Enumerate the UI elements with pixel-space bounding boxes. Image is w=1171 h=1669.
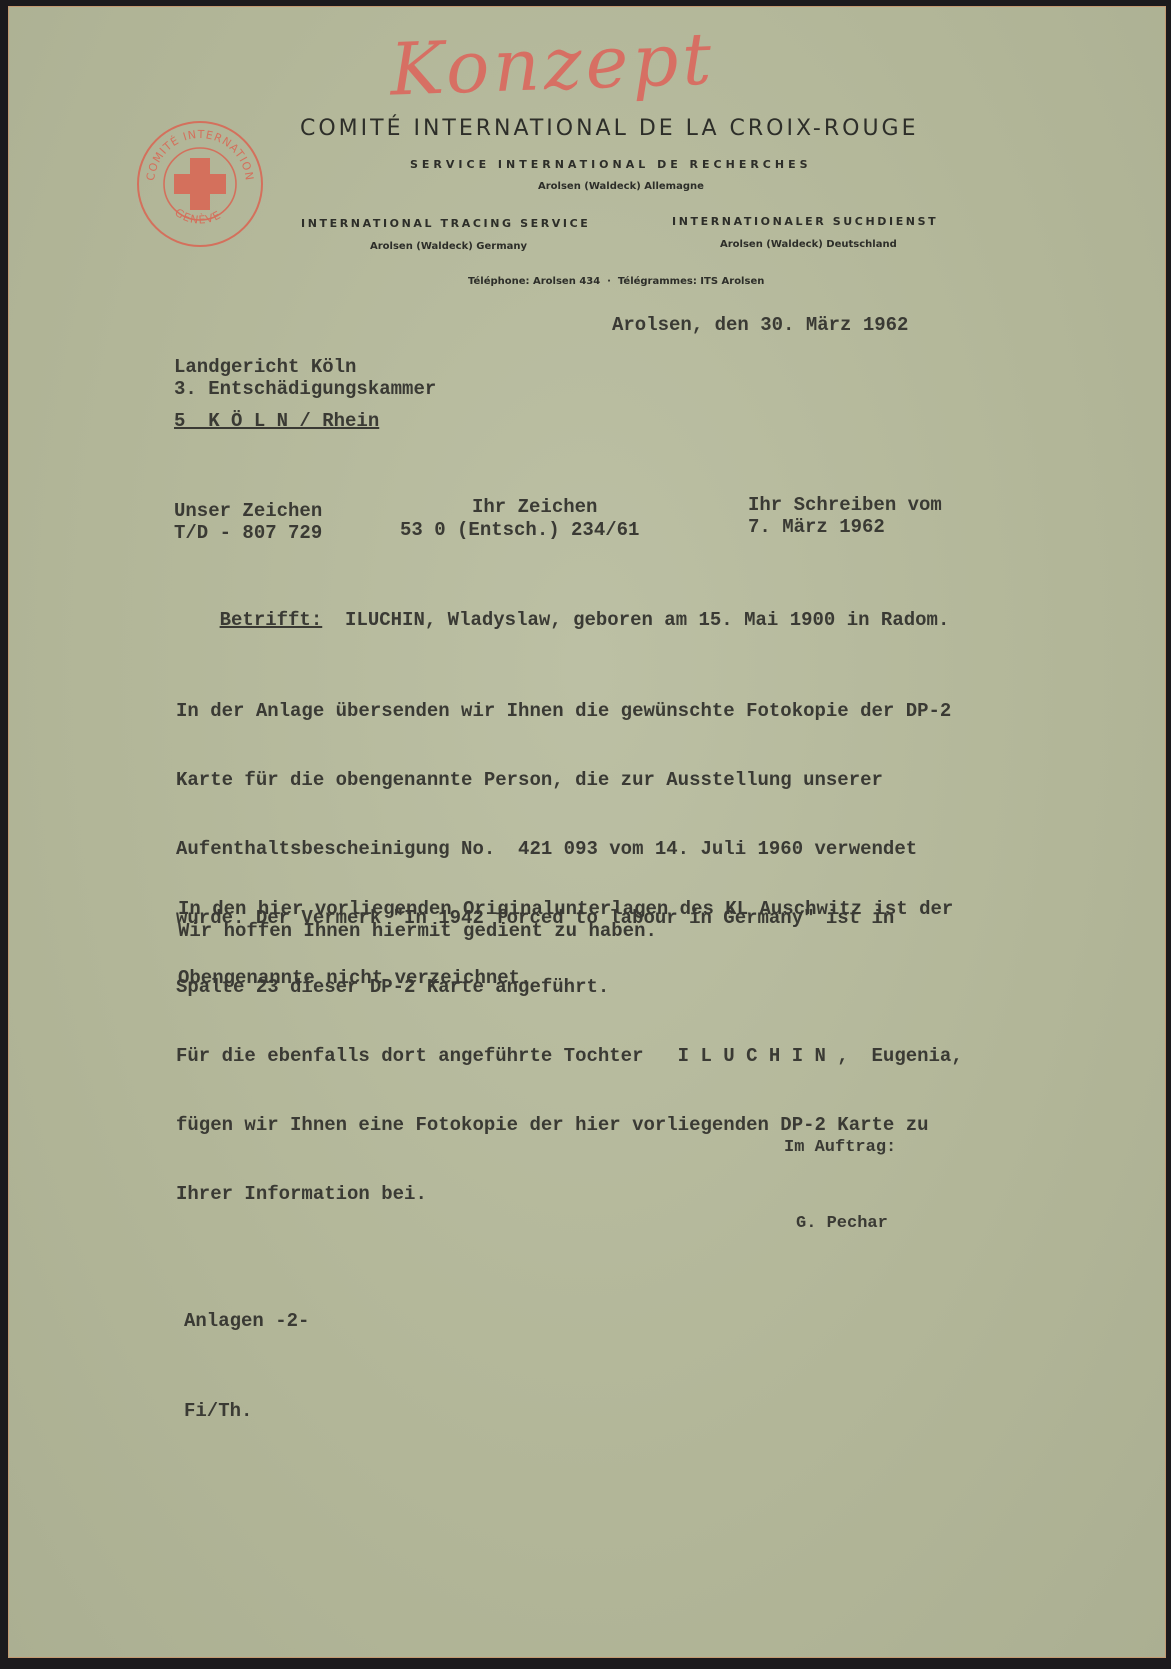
subject-text: ILUCHIN, Wladyslaw, geboren am 15. Mai 1… bbox=[345, 609, 949, 631]
your-reference-value: 53 0 (Entsch.) 234/61 bbox=[400, 519, 639, 542]
your-letter-date-value: 7. März 1962 bbox=[748, 516, 885, 539]
letterhead-service-en: INTERNATIONAL TRACING SERVICE bbox=[301, 217, 590, 230]
signature-name: G. Pechar bbox=[796, 1212, 888, 1235]
place-date: Arolsen, den 30. März 1962 bbox=[612, 314, 908, 337]
letterhead-address-de: Arolsen (Waldeck) Deutschland bbox=[720, 239, 897, 250]
letterhead-service-de: INTERNATIONALER SUCHDIENST bbox=[672, 215, 938, 228]
recipient-line-1: Landgericht Köln bbox=[174, 356, 356, 379]
enclosures: Anlagen -2- bbox=[184, 1310, 309, 1333]
your-reference-label: Ihr Zeichen bbox=[472, 496, 597, 519]
handwritten-konzept-note: Konzept bbox=[389, 16, 717, 111]
subject-line: Betrifft: ILUCHIN, Wladyslaw, geboren am… bbox=[174, 586, 949, 655]
our-reference-label: Unser Zeichen bbox=[174, 500, 322, 523]
body-line: Karte für die obengenannte Person, die z… bbox=[176, 769, 963, 792]
recipient-line-2: 3. Entschädigungskammer bbox=[174, 378, 436, 401]
body-paragraph-2: In den hier vorliegenden Originalunterla… bbox=[178, 852, 953, 1036]
recipient-line-3: 5 K Ö L N / Rhein bbox=[174, 410, 379, 433]
signoff: Im Auftrag: bbox=[784, 1136, 896, 1159]
body-line: Für die ebenfalls dort angeführte Tochte… bbox=[176, 1045, 963, 1068]
body-line: Obengenannte nicht verzeichnet. bbox=[178, 967, 953, 990]
letterhead-title: COMITÉ INTERNATIONAL DE LA CROIX-ROUGE bbox=[300, 116, 919, 141]
typist-initials: Fi/Th. bbox=[184, 1400, 252, 1423]
body-line: fügen wir Ihnen eine Fotokopie der hier … bbox=[176, 1114, 963, 1137]
body-line: Ihrer Information bei. bbox=[176, 1183, 963, 1206]
body-line: In den hier vorliegenden Originalunterla… bbox=[178, 898, 953, 921]
letterhead-service-fr: SERVICE INTERNATIONAL DE RECHERCHES bbox=[410, 158, 812, 171]
letterhead-address-fr: Arolsen (Waldeck) Allemagne bbox=[538, 181, 704, 192]
your-letter-date-label: Ihr Schreiben vom bbox=[748, 494, 942, 517]
subject-label: Betrifft: bbox=[220, 609, 323, 631]
red-cross-seal-icon: COMITÉ INTERNATIONAL GENÈVE bbox=[132, 116, 268, 252]
letterhead-contact: Téléphone: Arolsen 434 · Télégrammes: IT… bbox=[468, 276, 764, 287]
letter-page: Konzept COMITÉ INTERNATIONAL GENÈVE COMI… bbox=[8, 6, 1166, 1658]
body-line: In der Anlage übersenden wir Ihnen die g… bbox=[176, 700, 963, 723]
letterhead-address-en: Arolsen (Waldeck) Germany bbox=[370, 241, 527, 252]
our-reference-value: T/D - 807 729 bbox=[174, 522, 322, 545]
closing-line: Wir hoffen Ihnen hiermit gedient zu habe… bbox=[178, 920, 657, 943]
